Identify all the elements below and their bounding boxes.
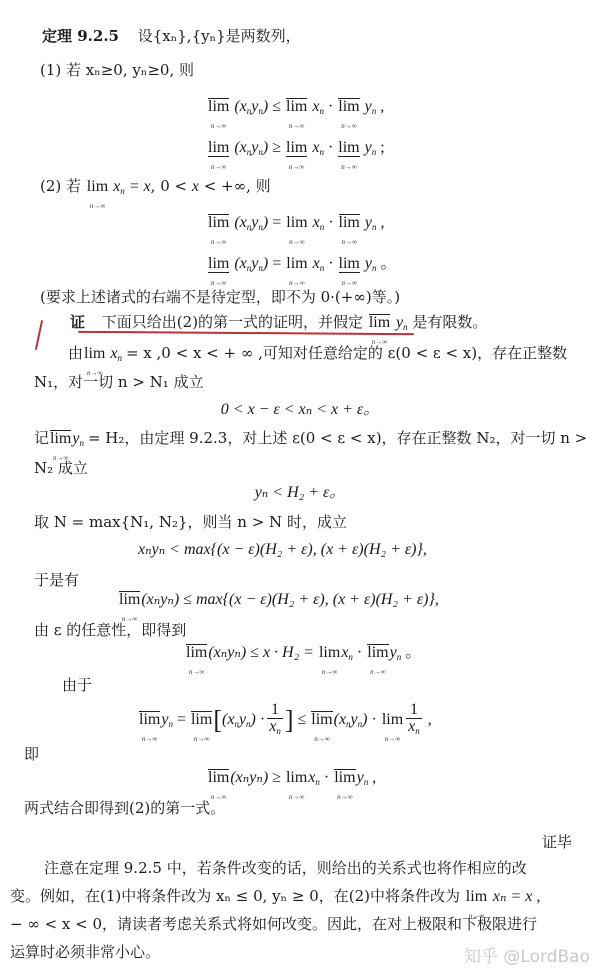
remark-line-4: 运算时必须非常小心。 — [10, 942, 160, 962]
proof-line-9: 由于 — [62, 675, 92, 695]
proof-line-6: 取 N = max{N₁, N₂}，则当 n > N 时，成立 — [34, 512, 347, 532]
proof-eq-5: limn→∞(xₙyₙ) ≤ x · H₂ = limn→∞xn · limn→… — [185, 643, 421, 667]
remark-line-3: − ∞ < x < 0，请读者考虑关系式将如何改变。因此，在对上极限和下极限进行 — [10, 914, 537, 934]
liminf-operator: limn→∞ — [339, 254, 360, 274]
part1-condition: (1) 若 xₙ≥0, yₙ≥0, 则 — [40, 60, 194, 80]
proof-eq-3: xₙyₙ < max{(x − ε)(H₂ + ε), (x + ε)(H₂ +… — [138, 540, 427, 560]
proof-eq-7: limn→∞(xₙyₙ) ≥ limn→∞xn · limn→∞yn , — [207, 768, 376, 792]
proof-line-3: N₁，对一切 n > N₁ 成立 — [34, 372, 204, 392]
limsup-operator: limn→∞ — [334, 768, 355, 788]
lim-operator: limn→∞ — [382, 703, 403, 737]
proof-line-4: 记limn→∞yn = H₂，由定理 9.2.3，对上述 ε(0 < ε < x… — [34, 428, 587, 453]
theorem-label: 定理 9.2.5 — [42, 27, 119, 45]
limsup-operator: limn→∞ — [367, 643, 388, 663]
part2-formula-1: limn→∞ (xnyn) = limn→∞ xn · limn→∞ yn , — [207, 213, 384, 237]
remark-line-1: 注意在定理 9.2.5 中，若条件改变的话，则给出的关系式也将作相应的改 — [44, 858, 527, 878]
qed-mark: 证毕 — [542, 832, 572, 852]
limsup-operator: limn→∞ — [208, 213, 229, 233]
limsup-operator: limn→∞ — [286, 97, 307, 117]
theorem-note: (要求上述诸式的右端不是待定型，即不为 0·(+∞)等。) — [40, 287, 400, 307]
lim-operator: limn→∞ — [84, 344, 105, 364]
proof-line-7: 于是有 — [34, 570, 79, 590]
lim-operator: limn→∞ — [87, 177, 108, 197]
limsup-operator: limn→∞ — [311, 703, 332, 737]
proof-line-11: 两式结合即得到(2)的第一式。 — [24, 798, 225, 818]
proof-line-10: 即 — [24, 744, 39, 764]
limsup-operator: limn→∞ — [208, 768, 229, 788]
lim-operator: limn→∞ — [466, 887, 487, 907]
proof-label: 证 — [70, 313, 85, 331]
liminf-operator: limn→∞ — [208, 254, 229, 274]
lim-operator: limn→∞ — [286, 213, 307, 233]
margin-mark — [35, 320, 43, 350]
proof-line-2: 由limn→∞ xn = x ,0 < x < + ∞ ,可知对任意给定的 ε(… — [68, 343, 567, 368]
limsup-operator: limn→∞ — [369, 313, 390, 333]
proof-line-5: N₂ 成立 — [34, 458, 88, 478]
liminf-operator: limn→∞ — [286, 138, 307, 158]
liminf-operator: limn→∞ — [338, 138, 359, 158]
limsup-operator: limn→∞ — [186, 643, 207, 663]
part2-formula-2: limn→∞ (xnyn) = limn→∞ xn · limn→∞ yn 。 — [207, 254, 397, 278]
proof-eq-6: limn→∞yn = limn→∞[(xnyn) ·1xn] ≤ limn→∞(… — [138, 702, 432, 741]
proof-eq-1: 0 < x − ε < xₙ < x + ε。 — [0, 400, 600, 420]
proof-line-8: 由 ε 的任意性，即得到 — [34, 620, 186, 640]
limsup-operator: limn→∞ — [191, 703, 212, 737]
limsup-operator: limn→∞ — [119, 590, 140, 610]
liminf-operator: limn→∞ — [208, 138, 229, 158]
theorem-intro: 设{xₙ},{yₙ}是两数列， — [138, 27, 301, 45]
limsup-operator: limn→∞ — [338, 97, 359, 117]
lim-operator: limn→∞ — [286, 768, 307, 788]
limsup-operator: limn→∞ — [339, 213, 360, 233]
lim-operator: limn→∞ — [319, 643, 340, 663]
lim-operator: limn→∞ — [286, 254, 307, 274]
part1-formula-2: limn→∞ (xnyn) ≥ limn→∞ xn · limn→∞ yn ; — [207, 138, 385, 162]
proof-eq-4: limn→∞(xₙyₙ) ≤ max{(x − ε)(H₂ + ε), (x +… — [118, 590, 439, 610]
theorem-header: 定理 9.2.5 设{xₙ},{yₙ}是两数列， — [42, 26, 301, 46]
zhihu-watermark: 知乎 @LordBao — [464, 942, 590, 967]
limsup-operator: limn→∞ — [139, 703, 160, 737]
limsup-operator: limn→∞ — [208, 97, 229, 117]
limsup-operator: limn→∞ — [50, 429, 71, 449]
part2-condition: (2) 若 limn→∞ xn = x, 0 < x < +∞, 则 — [40, 176, 271, 201]
proof-eq-2: yₙ < H₂ + ε。 — [0, 483, 600, 503]
remark-line-2: 变。例如，在(1)中将条件改为 xₙ ≤ 0, yₙ ≥ 0，在(2)中将条件改… — [10, 886, 540, 907]
part1-formula-1: limn→∞ (xnyn) ≤ limn→∞ xn · limn→∞ yn , — [207, 97, 384, 121]
